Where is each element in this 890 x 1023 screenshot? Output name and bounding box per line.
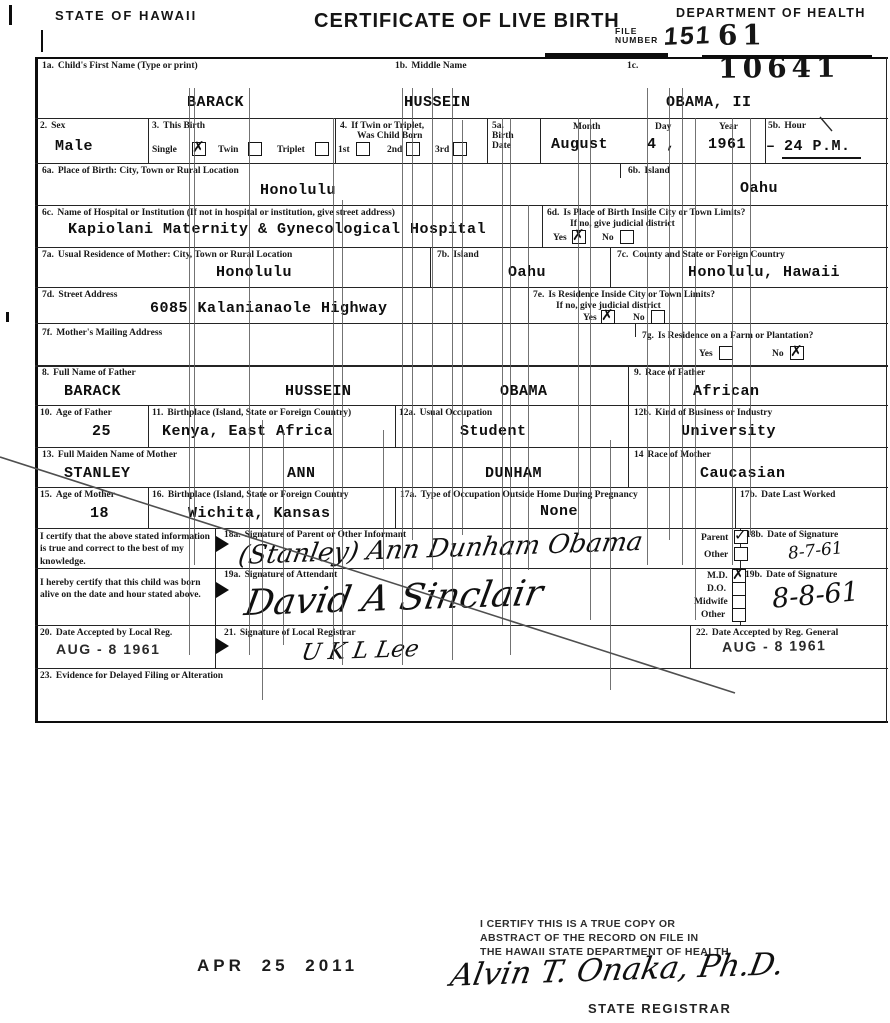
- attendant-signature: David A Sinclair: [241, 573, 546, 624]
- arrow-marker: [216, 638, 229, 654]
- cell-line: [395, 405, 396, 447]
- checkbox-triplet: [315, 142, 329, 156]
- field-7e-no-label: No: [633, 313, 645, 323]
- field-7d-label: 7d.Street Address: [42, 290, 117, 300]
- field-14-value: Caucasian: [700, 465, 786, 482]
- field-1b-value: HUSSEIN: [404, 94, 471, 111]
- other-checkbox: [734, 547, 748, 561]
- field-10-value: 25: [92, 423, 111, 440]
- scan-artifact-line: [249, 88, 250, 655]
- field-7d-value: 6085 Kalanianaole Highway: [150, 300, 388, 317]
- checkbox-3rd: [453, 142, 467, 156]
- row-line: [35, 568, 888, 569]
- field-7e-no-checkbox: [651, 310, 665, 324]
- checkbox-3rd-label: 3rd: [435, 145, 449, 155]
- scan-artifact-line: [342, 200, 343, 665]
- certificate-number: 61 10641: [718, 17, 890, 84]
- field-1b-label: 1b.Middle Name: [395, 61, 467, 71]
- checkbox-2nd-label: 2nd: [387, 145, 402, 155]
- scan-artifact-line: [333, 118, 334, 660]
- cell-line: [620, 163, 621, 178]
- field-7e-yes-checkbox: ✗: [601, 310, 615, 324]
- field-7g-yes-label: Yes: [699, 349, 713, 359]
- cell-line: [690, 625, 691, 668]
- birth-day-value: 4 ,: [647, 136, 676, 153]
- cell-line: [628, 447, 629, 487]
- field-7g-label: 7g.Is Residence on a Farm or Plantation?: [642, 331, 813, 341]
- scan-artifact-line: [462, 120, 463, 535]
- file-number-label: FILE NUMBER: [615, 27, 658, 45]
- field-14-label: 14Race of Mother: [634, 450, 711, 460]
- checkbox-triplet-label: Triplet: [277, 145, 305, 155]
- parent-certification-text: I certify that the above stated informat…: [40, 531, 212, 568]
- mother-middle-name: ANN: [287, 465, 316, 482]
- field-1a-value: BARACK: [187, 94, 244, 111]
- row-line: [35, 625, 888, 626]
- cell-line: [610, 247, 611, 287]
- md-checkbox-label: M.D.: [707, 571, 728, 581]
- field-19b-value: 8-8-61: [771, 576, 860, 614]
- field-7c-value: Honolulu, Hawaii: [688, 264, 840, 281]
- form-border-top: [35, 57, 888, 59]
- field-17b-label: 17b.Date Last Worked: [740, 490, 835, 500]
- cell-line: [628, 365, 629, 405]
- field-6d-sublabel: If no, give judicial district: [570, 219, 675, 229]
- do-checkbox-label: D.O.: [707, 584, 726, 594]
- mother-last-name: DUNHAM: [485, 465, 542, 482]
- field-19a-label: 19a.Signature of Attendant: [224, 570, 337, 580]
- field-6d-yes-label: Yes: [553, 233, 567, 243]
- date-received-stamp: APR 25 2011: [197, 956, 358, 976]
- checkbox-2nd: [406, 142, 420, 156]
- field-7e-label: 7e.Is Residence Inside City or Town Limi…: [533, 290, 715, 300]
- birth-certificate-document: STATE OF HAWAII CERTIFICATE OF LIVE BIRT…: [0, 0, 890, 1023]
- file-number-value: 151: [663, 21, 713, 52]
- field-7g-no-checkbox: ✗: [790, 346, 804, 360]
- field-18b-value: 8-7-61: [787, 538, 844, 564]
- field-7b-value: Oahu: [508, 264, 546, 281]
- attendant-certification-text: I hereby certify that this child was bor…: [40, 577, 212, 602]
- field-6c-value: Kapiolani Maternity & Gynecological Hosp…: [68, 221, 486, 238]
- field-6a-value: Honolulu: [260, 182, 336, 199]
- field-7a-label: 7a.Usual Residence of Mother: City, Town…: [42, 250, 292, 260]
- form-border-right: [886, 57, 887, 723]
- field-20-value: AUG - 8 1961: [56, 641, 160, 657]
- scan-artifact-line: [432, 88, 433, 570]
- midwife-checkbox: [732, 595, 746, 609]
- field-6d-no-checkbox: [620, 230, 634, 244]
- checkbox-twin: [248, 142, 262, 156]
- field-22-value: AUG - 8 1961: [722, 637, 827, 655]
- scan-artifact-line: [647, 88, 648, 565]
- hour-prefix: –: [766, 138, 776, 155]
- field-17a-label: 17a.Type of Occupation Outside Home Duri…: [400, 490, 638, 500]
- cell-line: [148, 405, 149, 447]
- field-6a-label: 6a.Place of Birth: City, Town or Rural L…: [42, 166, 239, 176]
- scan-artifact-line: [682, 88, 683, 565]
- cell-line: [540, 118, 541, 163]
- do-checkbox: [732, 582, 746, 596]
- field-1c-value: OBAMA, II: [666, 94, 752, 111]
- cell-line: [148, 118, 149, 163]
- field-17a-value: None: [540, 503, 578, 520]
- father-first-name: BARACK: [64, 383, 121, 400]
- birth-month-value: August: [551, 136, 608, 153]
- field-18b-label: 18b.Date of Signature: [746, 530, 838, 540]
- cell-line: [542, 205, 543, 247]
- field-15-value: 18: [90, 505, 109, 522]
- scan-artifact-line: [412, 88, 413, 540]
- other-attendant-checkbox: [732, 608, 746, 622]
- scan-artifact-line: [502, 118, 503, 625]
- form-border-left: [35, 57, 38, 723]
- field-7f-label: 7f.Mother's Mailing Address: [42, 328, 162, 338]
- field-12a-value: Student: [460, 423, 527, 440]
- field-2-value: Male: [55, 138, 93, 155]
- field-23-label: 23.Evidence for Delayed Filing or Altera…: [40, 671, 223, 681]
- hour-value: 24 P.M.: [782, 138, 861, 159]
- scan-artifact-line: [578, 118, 579, 535]
- scan-artifact-line: [194, 88, 195, 565]
- scan-artifact-line: [510, 118, 511, 655]
- cell-line: [395, 487, 396, 528]
- scan-artifact-line: [750, 118, 751, 535]
- field-8-label: 8.Full Name of Father: [42, 368, 136, 378]
- row-line: [35, 118, 888, 119]
- field-13-label: 13.Full Maiden Name of Mother: [42, 450, 177, 460]
- state-title: STATE OF HAWAII: [55, 8, 197, 23]
- field-2-label: 2.Sex: [40, 121, 65, 131]
- field-6b-label: 6b.Island: [628, 166, 670, 176]
- cell-line: [148, 487, 149, 528]
- scan-artifact-line: [732, 118, 733, 565]
- other-attendant-checkbox-label: Other: [701, 610, 725, 620]
- field-6d-no-label: No: [602, 233, 614, 243]
- field-6b-value: Oahu: [740, 180, 778, 197]
- checkbox-twin-label: Twin: [218, 145, 238, 155]
- field-3-label: 3.This Birth: [152, 121, 205, 131]
- field-1a-label: 1a.Child's First Name (Type or print): [42, 61, 198, 71]
- field-16-label: 16.Birthplace (Island, State or Foreign …: [152, 490, 349, 500]
- scan-artifact-line: [262, 420, 263, 700]
- cell-line: [430, 247, 431, 287]
- field-12b-label: 12b.Kind of Business or Industry: [634, 408, 772, 418]
- scan-artifact-line: [452, 88, 453, 660]
- parent-checkbox-label: Parent: [701, 533, 728, 543]
- scan-artifact-line: [590, 118, 591, 620]
- field-20-label: 20.Date Accepted by Local Reg.: [40, 628, 172, 638]
- field-11-value: Kenya, East Africa: [162, 423, 333, 440]
- field-5b-label: 5b.Hour: [768, 121, 806, 131]
- cell-line: [635, 323, 636, 337]
- midwife-checkbox-label: Midwife: [694, 597, 728, 607]
- cell-line: [487, 118, 488, 163]
- scan-artifact-line: [528, 205, 529, 570]
- scan-artifact-mark: [41, 30, 43, 52]
- field-7b-label: 7b.Island: [437, 250, 479, 260]
- scan-artifact-mark: [9, 5, 12, 25]
- field-6d-yes-checkbox: ✗: [572, 230, 586, 244]
- scan-artifact-line: [383, 430, 384, 570]
- field-7g-no-label: No: [772, 349, 784, 359]
- field-7g-yes-checkbox: [719, 346, 733, 360]
- scan-artifact-line: [283, 430, 284, 645]
- cell-line: [735, 487, 736, 528]
- mother-first-name: STANLEY: [64, 465, 131, 482]
- field-21-label: 21.Signature of Local Registrar: [224, 628, 356, 638]
- scan-artifact-line: [402, 88, 403, 665]
- field-11-label: 11.Birthplace (Island, State or Foreign …: [152, 408, 351, 418]
- scan-artifact-line: [695, 118, 696, 620]
- field-7c-label: 7c.County and State or Foreign Country: [617, 250, 785, 260]
- field-16-value: Wichita, Kansas: [188, 505, 331, 522]
- document-title: CERTIFICATE OF LIVE BIRTH: [314, 10, 620, 33]
- father-last-name: OBAMA: [500, 383, 548, 400]
- cell-line: [628, 405, 629, 447]
- state-registrar-title: STATE REGISTRAR: [588, 1001, 731, 1016]
- field-1c-label: 1c.: [627, 61, 642, 71]
- year-label: Year: [719, 122, 738, 132]
- checkbox-1st-label: 1st: [338, 145, 350, 155]
- birth-year-value: 1961: [708, 136, 746, 153]
- scan-artifact-line: [189, 88, 190, 655]
- field-7a-value: Honolulu: [216, 264, 292, 281]
- arrow-marker: [216, 536, 229, 552]
- form-border-bottom: [35, 721, 888, 723]
- md-checkbox: ✗: [732, 569, 746, 583]
- scan-artifact-mark: [6, 312, 9, 322]
- checkbox-1st: [356, 142, 370, 156]
- field-10-label: 10.Age of Father: [40, 408, 112, 418]
- scan-artifact-line: [610, 440, 611, 690]
- cell-line: [335, 118, 336, 163]
- row-line: [35, 668, 888, 669]
- arrow-marker: [216, 582, 229, 598]
- other-checkbox-label: Other: [704, 550, 728, 560]
- checkbox-single-label: Single: [152, 145, 177, 155]
- scan-artifact-line: [669, 88, 670, 540]
- field-15-label: 15.Age of Mother: [40, 490, 115, 500]
